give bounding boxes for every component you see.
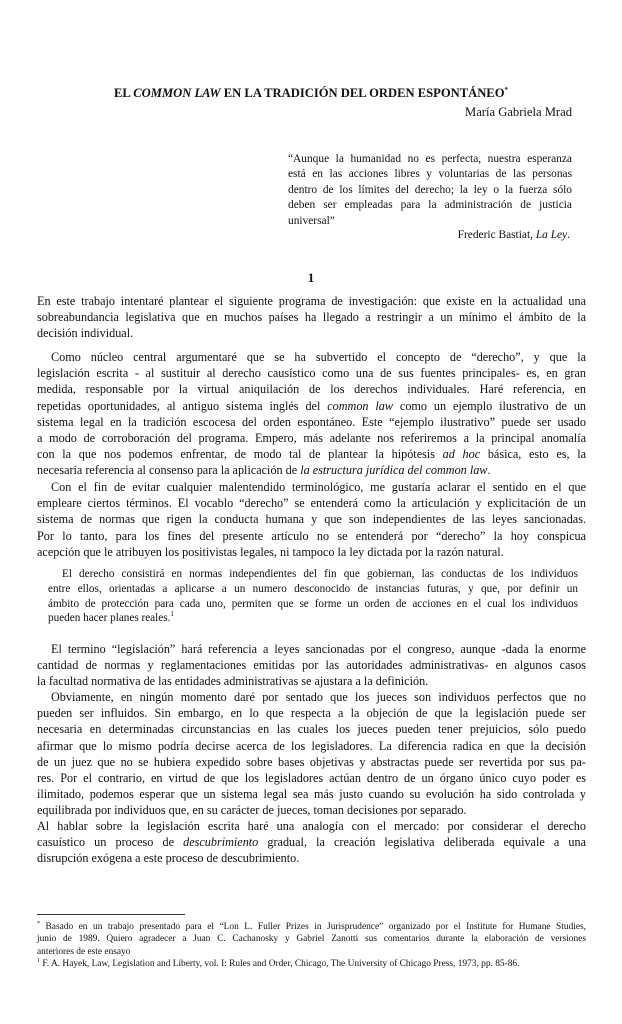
paragraph: Obviamente, en ningún momento daré por s… [37, 689, 586, 819]
quote-line: pueden hacer planes reales.1 [48, 611, 578, 626]
quote-line: El derecho consistirá en normas independ… [48, 567, 578, 582]
italic-run: la estructura jurídica del common law [300, 463, 487, 477]
text-line: Como núcleo central argumentaré que se h… [37, 349, 586, 365]
text-run: con la que nos podemos enfrentar, de mod… [37, 447, 443, 461]
text-line: legislación escrita - al sustituir al de… [37, 365, 586, 381]
text-line: En este trabajo intentaré plantear el si… [37, 293, 586, 309]
paragraph: Como núcleo central argumentaré que se h… [37, 349, 586, 479]
title-text: EL [114, 86, 133, 100]
paragraph: En este trabajo intentaré plantear el si… [37, 293, 586, 342]
italic-run: common law [327, 399, 393, 413]
document-page: EL COMMON LAW EN LA TRADICIÓN DEL ORDEN … [0, 0, 622, 1024]
title-italic-text: COMMON LAW [133, 86, 220, 100]
text-line: disrupción exógena a este proceso de des… [37, 850, 586, 866]
epigraph-line: universal” [288, 214, 572, 229]
paragraph: Al hablar sobre la legislación escrita h… [37, 818, 586, 867]
block-quote: El derecho consistirá en normas independ… [48, 567, 578, 626]
text-line: sistema legal en la tradición escocesa d… [37, 414, 586, 430]
text-run: necesaria referencia al consenso para la… [37, 463, 300, 477]
footnote-divider [37, 914, 185, 915]
epigraph-work: La Ley [536, 229, 567, 241]
text-line: la facultad normativa de las entidades a… [37, 673, 586, 689]
text-run: casuístico un proceso de [37, 835, 183, 849]
text-line: ilimitado, podemos esperar que un sistem… [37, 786, 586, 802]
text-line: necesaria en determinadas circunstancias… [37, 721, 586, 737]
author-name: María Gabriela Mrad [465, 105, 572, 120]
section-number: 1 [0, 270, 622, 286]
italic-run: ad hoc [443, 447, 480, 461]
paragraph: Con el fin de evitar cualquier malentend… [37, 479, 586, 560]
text-line: a modo de corroboración del programa. Em… [37, 430, 586, 446]
footnote-line: junio de 1989. Quiero agradecer a Juan C… [37, 933, 586, 945]
paragraph: El termino “legislación” hará referencia… [37, 641, 586, 690]
epigraph-punct: . [567, 229, 570, 241]
text-run: como un ejemplo ilustrativo de un [393, 399, 586, 413]
italic-run: descubrimiento [183, 835, 258, 849]
footnote-line: 1 F. A. Hayek, Law, Legislation and Libe… [37, 958, 586, 970]
text-line: necesaria referencia al consenso para la… [37, 462, 586, 478]
text-line: decisión individual. [37, 325, 586, 341]
text-run: F. A. Hayek, Law, Legislation and Libert… [42, 959, 519, 969]
text-run: gradual, la creación legislativa deliber… [258, 835, 586, 849]
text-line: Obviamente, en ningún momento daré por s… [37, 689, 586, 705]
text-run: Basado en un trabajo presentado para el … [46, 922, 586, 932]
text-run: básica, esto es, la [480, 447, 586, 461]
text-line: medida, responsable por la virtual aniqu… [37, 381, 586, 397]
epigraph-line: deben ser empleadas para la administraci… [288, 198, 572, 213]
text-line: sobreabundancia legislativa que en mucho… [37, 309, 586, 325]
text-line: empleare ciertos términos. El vocablo “d… [37, 495, 586, 511]
footnote-mark: 1 [37, 958, 40, 964]
text-line: El termino “legislación” hará referencia… [37, 641, 586, 657]
text-line: de un juez que no se hubiera expedido so… [37, 754, 586, 770]
text-line: pueden ser influidos. Sin embargo, en lo… [37, 705, 586, 721]
text-run: pueden hacer planes reales. [48, 612, 170, 624]
epigraph-line: dentro de los límites del derecho; la le… [288, 183, 572, 198]
footnote-ref[interactable]: 1 [170, 610, 174, 618]
quote-line: ámbito de protección para cada uno, perm… [48, 597, 578, 612]
footnotes: * Basado en un trabajo presentado para e… [37, 921, 586, 971]
text-line: Por lo tanto, para los fines del present… [37, 528, 586, 544]
footnote-line: anteriores de este ensayo [37, 946, 586, 958]
text-line: Al hablar sobre la legislación escrita h… [37, 818, 586, 834]
text-line: acepción que le atribuyen los positivist… [37, 544, 586, 560]
title-footnote-mark[interactable]: * [505, 86, 509, 94]
text-line: casuístico un proceso de descubrimiento … [37, 834, 586, 850]
title-text-rest: EN LA TRADICIÓN DEL ORDEN ESPONTÁNEO [221, 86, 505, 100]
epigraph-author: Frederic Bastiat, [458, 229, 536, 241]
text-line: Con el fin de evitar cualquier malentend… [37, 479, 586, 495]
text-line: afirmar que lo mismo podría decirse acer… [37, 738, 586, 754]
text-line: res. Por el contrario, en virtud de que … [37, 770, 586, 786]
article-title: EL COMMON LAW EN LA TRADICIÓN DEL ORDEN … [0, 86, 622, 101]
epigraph-attribution: Frederic Bastiat, La Ley. [458, 229, 570, 241]
epigraph-line: está en las acciones libres y voluntaria… [288, 167, 572, 182]
text-line: sistema de normas que rigen la conducta … [37, 511, 586, 527]
text-run: . [487, 463, 490, 477]
epigraph-line: “Aunque la humanidad no es perfecta, nue… [288, 152, 572, 167]
text-run: repetidas oportunidades, al antiguo sist… [37, 399, 327, 413]
footnote-line: * Basado en un trabajo presentado para e… [37, 921, 586, 933]
text-line: equilibrada por individuos que, en su ca… [37, 802, 586, 818]
text-line: con la que nos podemos enfrentar, de mod… [37, 446, 586, 462]
text-line: cantidad de normas y reglamentaciones em… [37, 657, 586, 673]
text-line: repetidas oportunidades, al antiguo sist… [37, 398, 586, 414]
epigraph: “Aunque la humanidad no es perfecta, nue… [288, 152, 572, 229]
quote-line: entre ellos, orientadas a aplicarse a un… [48, 582, 578, 597]
footnote-mark: * [37, 921, 40, 927]
